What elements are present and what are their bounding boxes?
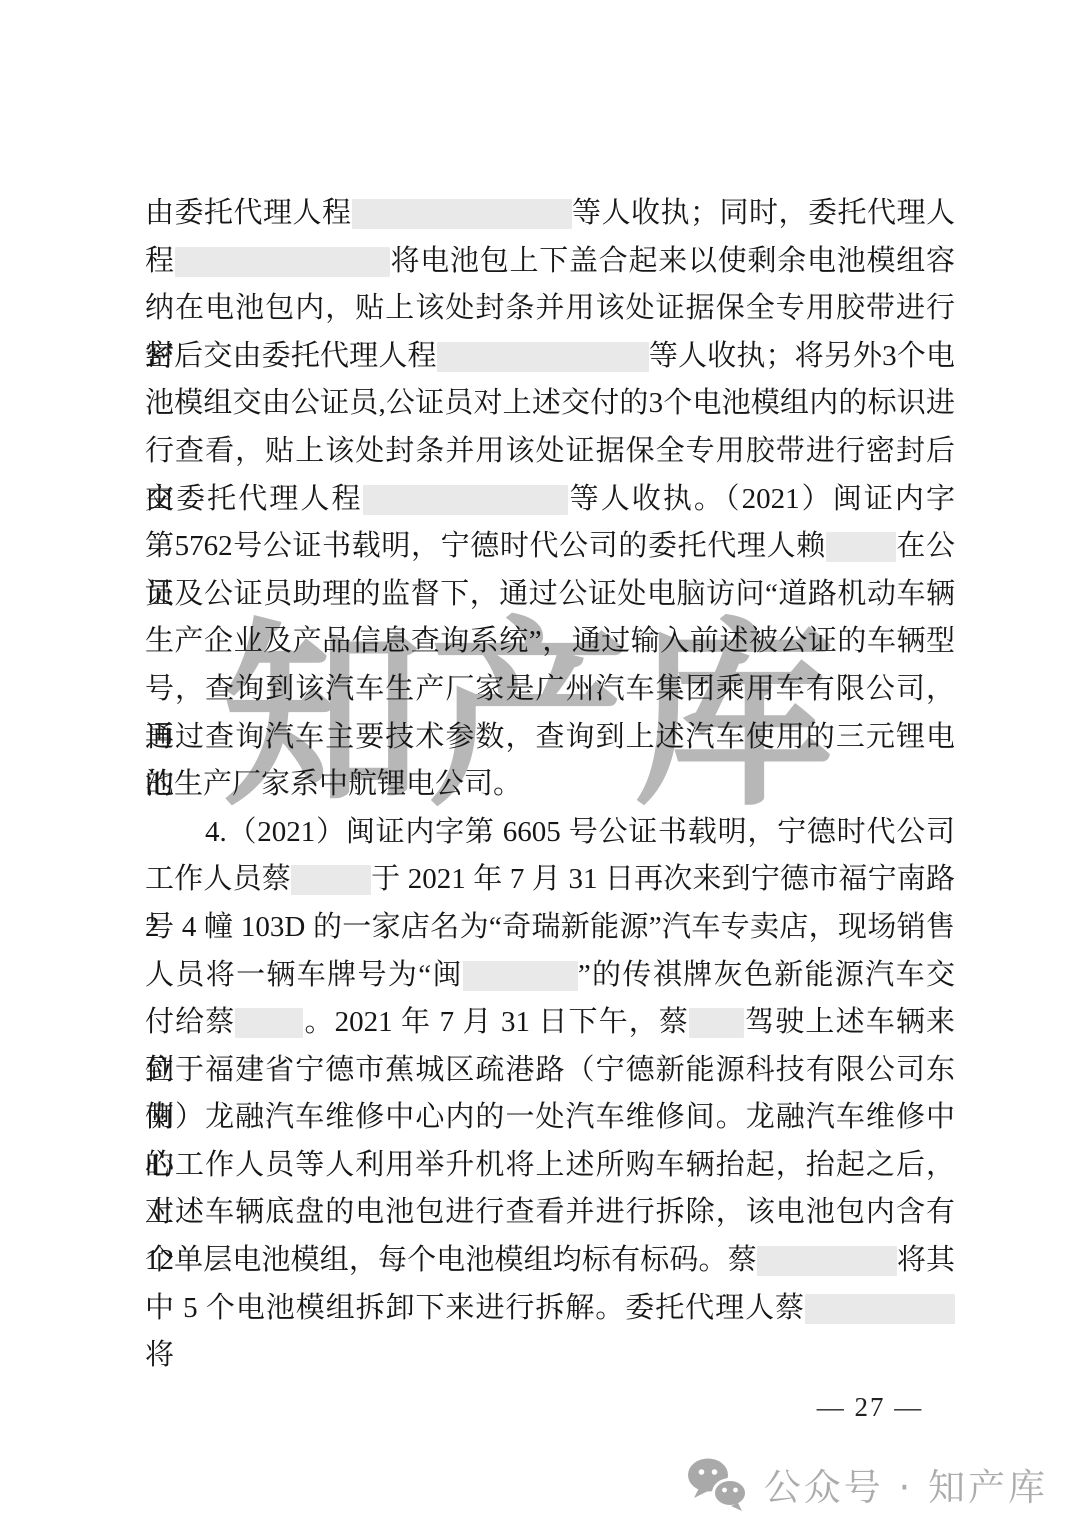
text-run: 将电池包上下盖合起来以使剩余电池模组容 bbox=[390, 245, 955, 277]
text-line: 由委托代理人程等人收执；同时，委托代理人 bbox=[145, 190, 955, 238]
text-line: 4.（2021）闽证内字第 6605 号公证书载明，宁德时代公司 bbox=[145, 809, 955, 857]
footer-account-label: 公众号 · 知产库 bbox=[764, 1457, 1048, 1511]
text-line: 上述车辆底盘的电池包进行查看并进行拆除，该电池包内含有 12 bbox=[145, 1189, 955, 1237]
redaction-box bbox=[175, 247, 390, 277]
text-run: ”的传祺牌灰色新能源汽车交 bbox=[578, 959, 955, 991]
document-body: 由委托代理人程等人收执；同时，委托代理人程将电池包上下盖合起来以使剩余电池模组容… bbox=[145, 190, 955, 1332]
text-run: 池模组交由公证员,公证员对上述交付的3个电池模组内的标识进 bbox=[145, 387, 955, 419]
text-run: 等人收执；将另外3个电 bbox=[649, 340, 955, 372]
text-run: 程 bbox=[145, 245, 175, 277]
text-run: 的生产厂家系中航锂电公司。 bbox=[145, 768, 522, 800]
text-line: 侧）龙融汽车维修中心内的一处汽车维修间。龙融汽车维修中心 bbox=[145, 1094, 955, 1142]
text-line: 由委托代理人程等人收执。（2021）闽证内字 bbox=[145, 476, 955, 524]
page-number: — 27 — bbox=[790, 1392, 950, 1423]
text-line: 个单层电池模组，每个电池模组均标有标码。蔡将其 bbox=[145, 1237, 955, 1285]
text-line: 生产企业及产品信息查询系统”，通过输入前述被公证的车辆型 bbox=[145, 618, 955, 666]
text-line: 员及公证员助理的监督下，通过公证处电脑访问“道路机动车辆 bbox=[145, 571, 955, 619]
text-line: 行查看，贴上该处封条并用该处证据保全专用胶带进行密封后交 bbox=[145, 428, 955, 476]
text-line: 工作人员蔡于 2021 年 7 月 31 日再次来到宁德市福宁南路 2 bbox=[145, 856, 955, 904]
text-run: 等人收执。（2021）闽证内字 bbox=[568, 483, 955, 515]
text-run: 付给蔡 bbox=[145, 1006, 235, 1038]
text-run: 将 bbox=[145, 1339, 174, 1371]
text-run: 生产企业及产品信息查询系统”，通过输入前述被公证的车辆型 bbox=[145, 625, 955, 657]
text-line: 程将电池包上下盖合起来以使剩余电池模组容 bbox=[145, 238, 955, 286]
redaction-box bbox=[363, 485, 568, 515]
text-run: 4.（2021）闽证内字第 6605 号公证书载明，宁德时代公司 bbox=[205, 816, 955, 848]
redaction-box bbox=[805, 1294, 955, 1324]
text-run: 工作人员蔡 bbox=[145, 863, 291, 895]
redaction-box bbox=[437, 342, 649, 372]
text-run: 由委托代理人程 bbox=[145, 197, 352, 229]
text-line: 号，查询到该汽车生产厂家是广州汽车集团乘用车有限公司，再 bbox=[145, 666, 955, 714]
redaction-box bbox=[826, 532, 896, 562]
redaction-box bbox=[291, 865, 371, 895]
text-line: 的工作人员等人利用举升机将上述所购车辆抬起，抬起之后，对 bbox=[145, 1142, 955, 1190]
text-run: 个单层电池模组，每个电池模组均标有标码。蔡 bbox=[145, 1244, 757, 1276]
text-line: 第5762号公证书载明，宁德时代公司的委托代理人赖在公证 bbox=[145, 523, 955, 571]
text-run: 员及公证员助理的监督下，通过公证处电脑访问“道路机动车辆 bbox=[145, 578, 955, 610]
redaction-box bbox=[235, 1008, 303, 1038]
text-line: 中 5 个电池模组拆卸下来进行拆解。委托代理人蔡将 bbox=[145, 1285, 955, 1333]
document-page: 知产库 由委托代理人程等人收执；同时，委托代理人程将电池包上下盖合起来以使剩余电… bbox=[0, 0, 1080, 1527]
redaction-box bbox=[689, 1008, 744, 1038]
text-line: 通过查询汽车主要技术参数，查询到上述汽车使用的三元锂电池 bbox=[145, 714, 955, 762]
redaction-box bbox=[352, 199, 572, 229]
text-line: 号 4 幢 103D 的一家店名为“奇瑞新能源”汽车专卖店，现场销售 bbox=[145, 904, 955, 952]
text-line: 位于福建省宁德市蕉城区疏港路（宁德新能源科技有限公司东南 bbox=[145, 1047, 955, 1095]
text-line: 池模组交由公证员,公证员对上述交付的3个电池模组内的标识进 bbox=[145, 380, 955, 428]
wechat-icon bbox=[686, 1456, 750, 1512]
text-run: 。2021 年 7 月 31 日下午，蔡 bbox=[303, 1006, 689, 1038]
text-line: 人员将一辆车牌号为“闽”的传祺牌灰色新能源汽车交 bbox=[145, 952, 955, 1000]
text-run: 中 5 个电池模组拆卸下来进行拆解。委托代理人蔡 bbox=[145, 1292, 805, 1324]
text-line: 付给蔡。2021 年 7 月 31 日下午，蔡驾驶上述车辆来到 bbox=[145, 999, 955, 1047]
text-run: 号 4 幢 103D 的一家店名为“奇瑞新能源”汽车专卖店，现场销售 bbox=[145, 911, 955, 943]
text-line: 的生产厂家系中航锂电公司。 bbox=[145, 761, 955, 809]
text-run: 人员将一辆车牌号为“闽 bbox=[145, 959, 463, 991]
footer-branding: 公众号 · 知产库 bbox=[686, 1456, 1048, 1512]
text-run: 封后交由委托代理人程 bbox=[145, 340, 437, 372]
text-run: 等人收执；同时，委托代理人 bbox=[572, 197, 955, 229]
text-line: 封后交由委托代理人程等人收执；将另外3个电 bbox=[145, 333, 955, 381]
redaction-box bbox=[463, 961, 578, 991]
redaction-box bbox=[757, 1246, 897, 1276]
text-run: 将其 bbox=[897, 1244, 955, 1276]
text-line: 纳在电池包内，贴上该处封条并用该处证据保全专用胶带进行密 bbox=[145, 285, 955, 333]
text-run: 第5762号公证书载明，宁德时代公司的委托代理人赖 bbox=[145, 530, 826, 562]
text-run: 由委托代理人程 bbox=[145, 483, 363, 515]
